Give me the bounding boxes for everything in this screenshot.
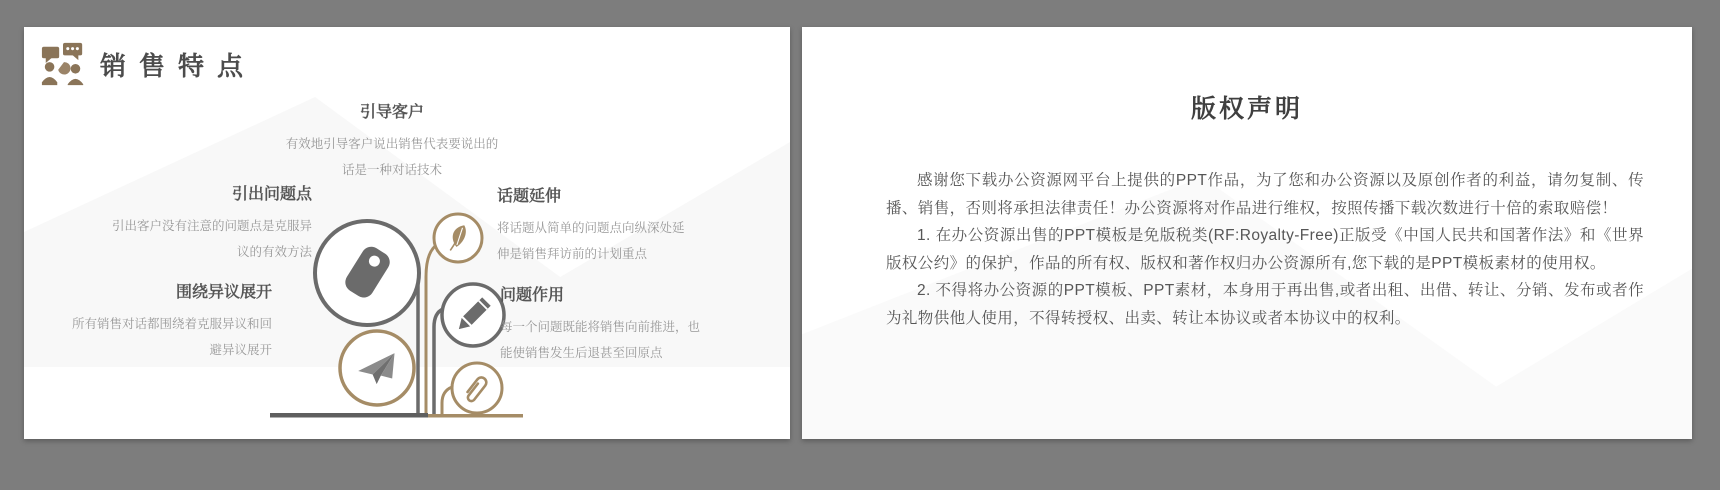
page-title: 版权声明 — [802, 89, 1692, 125]
slide-header: 销售特点 — [40, 41, 256, 87]
ground-bar-dark — [270, 413, 428, 418]
tree-stem — [402, 249, 418, 415]
node-heading: 围绕异议展开 — [28, 279, 272, 302]
copyright-paragraph: 2. 不得将办公资源的PPT模板、PPT素材，本身用于再出售,或者出租、出借、转… — [886, 277, 1644, 332]
paperclip-icon — [464, 375, 488, 402]
node-heading: 话题延伸 — [497, 183, 733, 206]
node-heading: 问题作用 — [500, 282, 744, 305]
tree-stem — [426, 244, 438, 415]
copyright-paragraph: 感谢您下载办公资源网平台上提供的PPT作品，为了您和办公资源以及原创作者的利益，… — [886, 167, 1644, 222]
node-text: 所有销售对话都围绕着克服异议和回 — [28, 311, 272, 337]
copyright-paragraph: 1. 在办公资源出售的PPT模板是免版税类(RF:Royalty-Free)正版… — [886, 222, 1644, 277]
tag-circle — [315, 221, 419, 325]
pencil-circle — [442, 284, 504, 346]
node-text: 话是一种对话技术 — [264, 157, 520, 183]
tree-stem — [434, 309, 443, 415]
ground-bar-gold — [428, 414, 523, 418]
people-chat-icon — [40, 41, 86, 87]
paper-plane-circle — [340, 331, 414, 405]
pencil-icon — [455, 297, 491, 333]
tree-stem — [442, 387, 452, 415]
feature-node-topic-extension: 话题延伸 将话题从简单的问题点向纵深处延 伸是销售拜访前的计划重点 — [497, 183, 733, 267]
feather-circle — [434, 214, 482, 262]
paperclip-circle — [452, 363, 502, 413]
paper-plane-icon — [357, 353, 398, 386]
node-text: 每一个问题既能将销售向前推进，也 — [500, 314, 744, 340]
copyright-text-block: 感谢您下载办公资源网平台上提供的PPT作品，为了您和办公资源以及原创作者的利益，… — [886, 167, 1644, 332]
node-text: 引出客户没有注意的问题点是克服异 — [38, 213, 312, 239]
page-title: 销售特点 — [100, 46, 256, 83]
feature-node-around-objection: 围绕异议展开 所有销售对话都围绕着克服异议和回 避异议展开 — [28, 279, 272, 363]
node-heading: 引出问题点 — [38, 181, 312, 204]
node-text: 伸是销售拜访前的计划重点 — [497, 241, 733, 267]
node-text: 将话题从简单的问题点向纵深处延 — [497, 215, 733, 241]
slide-copyright-notice: 版权声明 感谢您下载办公资源网平台上提供的PPT作品，为了您和办公资源以及原创作… — [802, 27, 1692, 439]
feature-node-raise-problem: 引出问题点 引出客户没有注意的问题点是克服异 议的有效方法 — [38, 181, 312, 265]
node-text: 有效地引导客户说出销售代表要说出的 — [264, 131, 520, 157]
tag-icon — [342, 243, 394, 301]
feature-node-question-effect: 问题作用 每一个问题既能将销售向前推进，也 能使销售发生后退甚至回原点 — [500, 282, 744, 366]
node-text: 避异议展开 — [28, 337, 272, 363]
slide-sales-features: 销售特点 — [24, 27, 790, 439]
node-text: 能使销售发生后退甚至回原点 — [500, 340, 744, 366]
node-text: 议的有效方法 — [38, 239, 312, 265]
feather-icon — [449, 223, 468, 253]
feature-node-guide-customer: 引导客户 有效地引导客户说出销售代表要说出的 话是一种对话技术 — [264, 99, 520, 183]
node-heading: 引导客户 — [264, 99, 520, 122]
